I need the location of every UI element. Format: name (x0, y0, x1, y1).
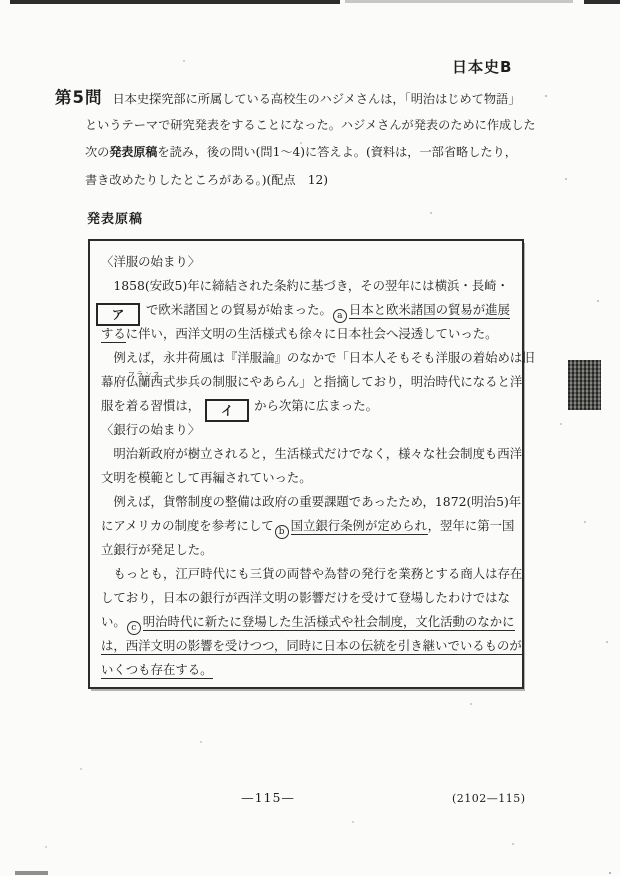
manuscript-line: 例えば，永井荷風は『洋服論』のなかで「日本人そもそも洋服の着始めは旧 (101, 346, 516, 370)
manuscript-box: 〈洋服の始まり〉 1858(安政5)年に締結された条約に基づき，その翌年には横浜… (88, 239, 524, 689)
manuscript-text: い。 (101, 614, 126, 629)
manuscript-text: から次第に広まった。 (254, 398, 378, 413)
print-code: (2102—115) (452, 792, 526, 805)
scan-noise-speckles (0, 0, 2, 2)
manuscript-label: 発表原稿 (87, 208, 143, 227)
manuscript-line: にアメリカの制度を参考にしてb国立銀行条例が定められ，翌年に第一国 (101, 514, 516, 538)
manuscript-line: 幕府フランス仏蘭西式歩兵の制服にやあらん」と指摘しており，明治時代になると洋 (101, 370, 516, 394)
manuscript-line: 1858(安政5)年に締結された条約に基づき，その翌年には横浜・長崎・ (101, 274, 516, 298)
manuscript-line: アで欧米諸国との貿易が始まった。a日本と欧米諸国の貿易が進展 (101, 298, 516, 322)
manuscript-text: で欧米諸国との貿易が始まった。 (146, 302, 332, 317)
section-heading: 〈銀行の始まり〉 (101, 418, 516, 442)
underlined-text-c: 明治時代に新たに登場した生活様式や社会制度，文化活動のなかに (143, 614, 515, 631)
question-intro-text: というテーマで研究発表をすることになった。ハジメさんが発表のために作成した (85, 118, 536, 132)
manuscript-line: 立銀行が発足した。 (101, 538, 516, 562)
manuscript-text: 幕府 (101, 374, 126, 389)
scan-edge-bar-right (584, 0, 620, 4)
ruby-annotated-word: フランス仏蘭西 (126, 370, 163, 394)
scan-edge-bar-middle (345, 0, 573, 3)
question-intro-text: 書き改めたりしたところがある。)(配点 12) (85, 173, 328, 187)
manuscript-text: 式歩兵の制服にやあらん」と指摘しており，明治時代になると洋 (163, 374, 522, 389)
scan-edge-bar-left (10, 0, 340, 4)
scan-smudge-mark (568, 360, 601, 410)
page-number: —115— (198, 790, 338, 805)
manuscript-text: 服を着る習慣は， (101, 398, 200, 413)
question-intro-text: 次の (85, 145, 109, 159)
exam-page-scan: { "colors": { "ink": "#1d1d1d", "paper":… (0, 0, 620, 876)
question-intro: 第5問日本史探究部に所属している高校生のハジメさんは，「明治はじめて物語」 とい… (55, 84, 555, 194)
manuscript-line: しており，日本の銀行が西洋文明の影響だけを受けて登場したわけではな (101, 586, 516, 610)
manuscript-line: 服を着る習慣は，イから次第に広まった。 (101, 394, 516, 418)
underline-marker-a: a (333, 309, 347, 323)
manuscript-line: 例えば，貨幣制度の整備は政府の重要課題であったため，1872(明治5)年 (101, 490, 516, 514)
manuscript-line: いくつも存在する。 (101, 658, 516, 682)
question-intro-line: 次の発表原稿を読み，後の問い(問1～4)に答えよ。(資料は，一部省略したり， (85, 139, 555, 167)
question-intro-line: 書き改めたりしたところがある。)(配点 12) (85, 167, 555, 195)
manuscript-text: ，翌年に第一国 (428, 518, 515, 533)
question-intro-text: を読み，後の問い(問1～4)に答えよ。(資料は，一部省略したり， (157, 145, 517, 159)
underlined-text-c: は，西洋文明の影響を受けつつ，同時に日本の伝統を引き継いでいるものが (101, 638, 522, 655)
underlined-text-a: する (101, 326, 126, 343)
manuscript-line: するに伴い，西洋文明の生活様式も徐々に日本社会へ浸透していった。 (101, 322, 516, 346)
question-intro-line: 第5問日本史探究部に所属している高校生のハジメさんは，「明治はじめて物語」 (55, 84, 555, 112)
manuscript-text: に伴い，西洋文明の生活様式も徐々に日本社会へ浸透していった。 (126, 326, 498, 341)
underlined-text-a: 日本と欧米諸国の貿易が進展 (349, 302, 510, 319)
underline-marker-b: b (275, 525, 289, 539)
underlined-text-c: いくつも存在する。 (101, 662, 213, 679)
underlined-text-b: 国立銀行条例が定められ (291, 518, 428, 535)
answer-blank-box-i: イ (205, 399, 249, 422)
manuscript-line: 文明を模範として再編されていった。 (101, 466, 516, 490)
question-intro-text: 日本史探究部に所属している高校生のハジメさんは，「明治はじめて物語」 (112, 92, 520, 106)
question-intro-line: というテーマで研究発表をすることになった。ハジメさんが発表のために作成した (85, 112, 555, 140)
scan-edge-bar-bottom (15, 871, 48, 875)
furigana-text: フランス (127, 363, 161, 387)
manuscript-line: 明治新政府が樹立されると，生活様式だけでなく，様々な社会制度も西洋 (101, 442, 516, 466)
manuscript-line: は，西洋文明の影響を受けつつ，同時に日本の伝統を引き継いでいるものが (101, 634, 516, 658)
manuscript-text: にアメリカの制度を参考にして (101, 518, 274, 533)
underline-marker-c: c (127, 621, 141, 635)
question-number: 第5問 (55, 88, 102, 107)
manuscript-line: もっとも，江戸時代にも三貨の両替や為替の発行を業務とする商人は存在 (101, 562, 516, 586)
manuscript-line: い。c明治時代に新たに登場した生活様式や社会制度，文化活動のなかに (101, 610, 516, 634)
subject-title: 日本史B (452, 56, 514, 77)
section-heading: 〈洋服の始まり〉 (101, 250, 516, 274)
manuscript-reference-bold: 発表原稿 (109, 145, 157, 159)
